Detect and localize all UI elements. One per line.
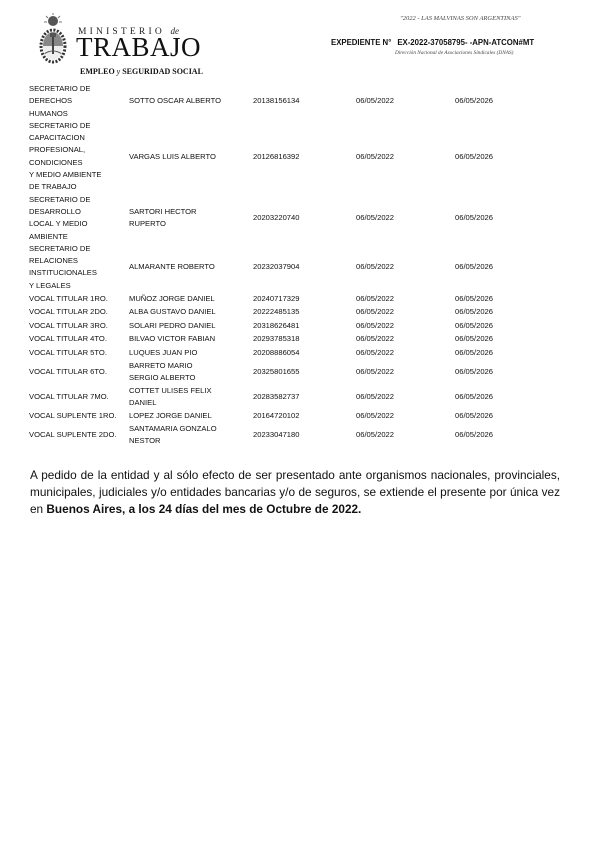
hasta-cell: 06/05/2026 [455,292,535,306]
desde-cell: 06/05/2022 [356,243,455,292]
table-row: SECRETARIO DECAPACITACIONPROFESIONAL,CON… [29,120,535,194]
nombre-cell: ALBA GUSTAVO DANIEL [129,306,253,320]
desde-cell: 06/05/2022 [356,346,455,360]
cuil-cell: 20208886054 [253,346,356,360]
hasta-cell: 06/05/2026 [455,306,535,320]
cargo-cell: SECRETARIO DECAPACITACIONPROFESIONAL,CON… [29,120,129,194]
expediente-label: EXPEDIENTE N° [331,38,391,47]
ministry-name: TRABAJO [76,32,201,62]
direccion-nacional: Dirección Nacional de Asociaciones Sindi… [395,50,513,56]
table-row: SECRETARIO DEDESARROLLOLOCAL Y MEDIOAMBI… [29,194,535,243]
desde-cell: 06/05/2022 [356,360,455,385]
cuil-cell: 20283582737 [253,385,356,410]
cuil-cell: 20203220740 [253,194,356,243]
table-row: VOCAL TITULAR 5TO.LUQUES JUAN PIO2020888… [29,346,535,360]
authorities-table: SECRETARIO DEDERECHOSHUMANOSSOTTO OSCAR … [29,83,535,447]
expediente: EXPEDIENTE N°EX-2022-37058795- -APN-ATCO… [331,38,534,47]
cuil-cell: 20164720102 [253,409,356,423]
cargo-cell: SECRETARIO DEDESARROLLOLOCAL Y MEDIOAMBI… [29,194,129,243]
desde-cell: 06/05/2022 [356,120,455,194]
cargo-cell: VOCAL TITULAR 4TO. [29,333,129,347]
hasta-cell: 06/05/2026 [455,319,535,333]
desde-cell: 06/05/2022 [356,83,455,120]
table-row: VOCAL TITULAR 6TO.BARRETO MARIOSERGIO AL… [29,360,535,385]
table-row: VOCAL SUPLENTE 2DO.SANTAMARIA GONZALONES… [29,423,535,448]
desde-cell: 06/05/2022 [356,385,455,410]
hasta-cell: 06/05/2026 [455,120,535,194]
table-row: SECRETARIO DEDERECHOSHUMANOSSOTTO OSCAR … [29,83,535,120]
table-row: VOCAL TITULAR 1RO.MUÑOZ JORGE DANIEL2024… [29,292,535,306]
closing-paragraph: A pedido de la entidad y al sólo efecto … [30,467,560,517]
nombre-cell: LOPEZ JORGE DANIEL [129,409,253,423]
nombre-cell: LUQUES JUAN PIO [129,346,253,360]
closing-place-date: Buenos Aires, a los 24 días del mes de O… [46,502,361,516]
table-row: VOCAL TITULAR 4TO.BILVAO VICTOR FABIAN20… [29,333,535,347]
cargo-cell: VOCAL TITULAR 3RO. [29,319,129,333]
expediente-number: EX-2022-37058795- -APN-ATCON#MT [397,38,534,47]
hasta-cell: 06/05/2026 [455,194,535,243]
nombre-cell: VARGAS LUIS ALBERTO [129,120,253,194]
cuil-cell: 20318626481 [253,319,356,333]
hasta-cell: 06/05/2026 [455,423,535,448]
hasta-cell: 06/05/2026 [455,346,535,360]
cargo-cell: SECRETARIO DERELACIONESINSTITUCIONALESY … [29,243,129,292]
desde-cell: 06/05/2022 [356,409,455,423]
hasta-cell: 06/05/2026 [455,83,535,120]
desde-cell: 06/05/2022 [356,319,455,333]
cuil-cell: 20293785318 [253,333,356,347]
desde-cell: 06/05/2022 [356,306,455,320]
cargo-cell: VOCAL TITULAR 7MO. [29,385,129,410]
table-row: SECRETARIO DERELACIONESINSTITUCIONALESY … [29,243,535,292]
nombre-cell: SANTAMARIA GONZALONESTOR [129,423,253,448]
cargo-cell: VOCAL TITULAR 2DO. [29,306,129,320]
nombre-cell: BARRETO MARIOSERGIO ALBERTO [129,360,253,385]
nombre-cell: COTTET ULISES FELIXDANIEL [129,385,253,410]
table-row: VOCAL TITULAR 7MO.COTTET ULISES FELIXDAN… [29,385,535,410]
desde-cell: 06/05/2022 [356,333,455,347]
table-row: VOCAL SUPLENTE 1RO.LOPEZ JORGE DANIEL201… [29,409,535,423]
hasta-cell: 06/05/2026 [455,360,535,385]
cuil-cell: 20222485135 [253,306,356,320]
cuil-cell: 20126816392 [253,120,356,194]
cargo-cell: VOCAL SUPLENTE 2DO. [29,423,129,448]
hasta-cell: 06/05/2026 [455,409,535,423]
desde-cell: 06/05/2022 [356,194,455,243]
cargo-cell: SECRETARIO DEDERECHOSHUMANOS [29,83,129,120]
desde-cell: 06/05/2022 [356,292,455,306]
nombre-cell: SOLARI PEDRO DANIEL [129,319,253,333]
hasta-cell: 06/05/2026 [455,385,535,410]
nombre-cell: SOTTO OSCAR ALBERTO [129,83,253,120]
cuil-cell: 20233047180 [253,423,356,448]
cuil-cell: 20232037904 [253,243,356,292]
table-row: VOCAL TITULAR 2DO.ALBA GUSTAVO DANIEL202… [29,306,535,320]
table-row: VOCAL TITULAR 3RO.SOLARI PEDRO DANIEL203… [29,319,535,333]
cargo-cell: VOCAL SUPLENTE 1RO. [29,409,129,423]
cargo-cell: VOCAL TITULAR 1RO. [29,292,129,306]
ministry-subtitle: EMPLEO y SEGURIDAD SOCIAL [80,67,203,76]
desde-cell: 06/05/2022 [356,423,455,448]
nombre-cell: BILVAO VICTOR FABIAN [129,333,253,347]
hasta-cell: 06/05/2026 [455,243,535,292]
cuil-cell: 20138156134 [253,83,356,120]
coat-of-arms-icon [34,12,72,68]
cargo-cell: VOCAL TITULAR 6TO. [29,360,129,385]
nombre-cell: MUÑOZ JORGE DANIEL [129,292,253,306]
motto: "2022 - LAS MALVINAS SON ARGENTINAS" [400,15,520,22]
hasta-cell: 06/05/2026 [455,333,535,347]
nombre-cell: ALMARANTE ROBERTO [129,243,253,292]
cuil-cell: 20240717329 [253,292,356,306]
ministry-logo: MINISTERIO de TRABAJO EMPLEO y SEGURIDAD… [34,12,204,68]
nombre-cell: SARTORI HECTORRUPERTO [129,194,253,243]
cargo-cell: VOCAL TITULAR 5TO. [29,346,129,360]
cuil-cell: 20325801655 [253,360,356,385]
